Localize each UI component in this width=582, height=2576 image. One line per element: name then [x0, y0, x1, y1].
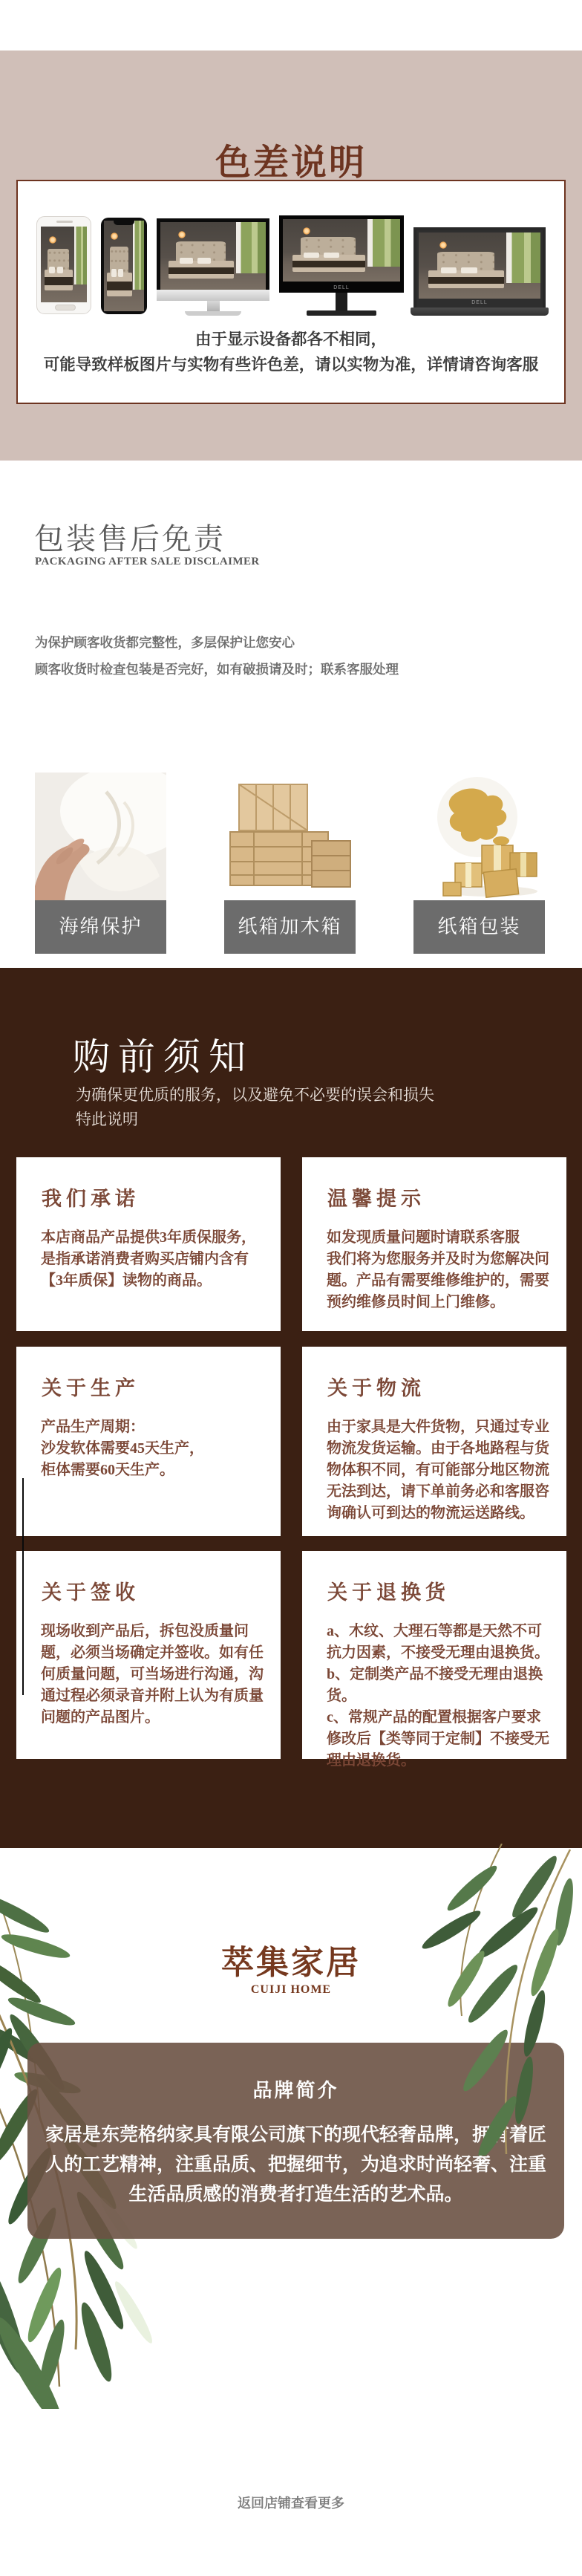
notice-box-tips: 温馨提示 如发现质量问题时请联系客服 我们将为您服务并及时为您解决问题。产品有需…: [302, 1157, 566, 1331]
color-note-line1: 由于显示设备都各不相同，: [18, 327, 564, 350]
notice-box-body: 由于家具是大件货物，只通过专业物流发货运输。由于各地路程与货物体积不同，有可能部…: [327, 1417, 552, 1524]
bedroom-photo: [419, 232, 540, 299]
imac-mockup: [157, 218, 269, 316]
carton-packaging-photo: [413, 773, 545, 900]
notice-box-title: 关于签收: [42, 1576, 281, 1605]
notice-sub-line1: 为确保更优质的服务，以及避免不必要的误会和损失: [76, 1083, 434, 1105]
pre-purchase-notice-section: 购前须知 为确保更优质的服务，以及避免不必要的误会和损失 特此说明 我们承诺 本…: [0, 968, 582, 1848]
iphone-mockup: [101, 218, 147, 314]
notice-box-title: 关于退换货: [327, 1576, 566, 1605]
notice-box-logistics: 关于物流 由于家具是大件货物，只通过专业物流发货运输。由于各地路程与货物体积不同…: [302, 1347, 566, 1536]
notice-box-title: 关于生产: [42, 1372, 281, 1401]
section-title: 色差说明: [0, 134, 582, 185]
packaging-card-crate: 纸箱加木箱: [224, 773, 356, 954]
section-title: 包装售后免责: [34, 515, 226, 558]
carton-wooden-crate-photo: [224, 773, 356, 900]
notice-sub-line2: 特此说明: [76, 1108, 138, 1130]
notice-box-returns: 关于退换货 a、木纹、大理石等都是天然不可抗力因素，不接受无理由退换货。 b、定…: [302, 1551, 566, 1759]
olive-leaves-top-right: [347, 1844, 582, 2156]
color-aberration-section: 色差说明 CHROMATIC ABERRATION PROBLEM: [0, 51, 582, 461]
android-phone-mockup: [36, 216, 91, 314]
dell-logo: DELL: [279, 285, 404, 290]
color-note-line2: 可能导致样板图片与实物有些许色差，请以实物为准，详情请咨询客服: [18, 352, 564, 375]
device-row: DELL DELL: [18, 215, 564, 316]
notice-box-production: 关于生产 产品生产周期： 沙发软体需要45天生产， 柜体需要60天生产。: [16, 1347, 281, 1536]
notice-box-title: 关于物流: [327, 1372, 566, 1401]
brand-section: 萃集家居 CUIJI HOME 品牌简介 家居是东莞格纳家具有限公司旗下的现代轻…: [0, 1848, 582, 2576]
bedroom-photo: [283, 219, 400, 282]
apple-logo-icon: [157, 290, 269, 301]
photo-caption: 纸箱加木箱: [224, 900, 356, 954]
notice-box-body: 产品生产周期： 沙发软体需要45天生产， 柜体需要60天生产。: [41, 1417, 266, 1481]
packaging-card-carton: 纸箱包装: [413, 773, 545, 954]
notice-box-receipt: 关于签收 现场收到产品后，拆包没质量问题，必须当场确定并签收。如有任何质量问题，…: [16, 1551, 281, 1759]
vertical-line-artifact: [22, 1478, 24, 1695]
photo-caption: 纸箱包装: [413, 900, 545, 954]
packaging-card-sponge: 海绵保护: [35, 773, 166, 954]
packaging-intro-line1: 为保护顾客收货都完整性，多层保护让您安心: [35, 633, 295, 651]
notice-box-body: 本店商品产品提供3年质保服务，是指承诺消费者购买店铺内含有【3年质保】读物的商品…: [41, 1227, 266, 1292]
back-to-shop-link[interactable]: 返回店铺查看更多: [0, 2493, 582, 2512]
packaging-disclaimer-section: 包装售后免责 PACKAGING AFTER SALE DISCLAIMER 为…: [0, 461, 582, 968]
dell-monitor-mockup: DELL: [279, 215, 404, 316]
sponge-protection-photo: [35, 773, 166, 900]
dell-logo: DELL: [416, 300, 543, 305]
product-detail-page: 色差说明 CHROMATIC ABERRATION PROBLEM: [0, 0, 582, 2576]
bedroom-photo: [104, 221, 144, 311]
packaging-intro-line2: 顾客收货时检查包装是否完好，如有破损请及时；联系客服处理: [35, 660, 399, 678]
section-title: 购前须知: [73, 1027, 254, 1081]
brand-title: 萃集家居: [0, 1936, 582, 1983]
bedroom-photo: [160, 222, 266, 290]
photo-caption: 海绵保护: [35, 900, 166, 954]
section-subtitle-en: PACKAGING AFTER SALE DISCLAIMER: [35, 556, 260, 568]
notice-box-promise: 我们承诺 本店商品产品提供3年质保服务，是指承诺消费者购买店铺内含有【3年质保】…: [16, 1157, 281, 1331]
devices-panel: DELL DELL: [16, 180, 566, 404]
notice-box-title: 我们承诺: [42, 1183, 281, 1211]
dell-laptop-mockup: DELL: [413, 227, 546, 316]
notice-box-body: a、木纹、大理石等都是天然不可抗力因素，不接受无理由退换货。 b、定制类产品不接…: [327, 1621, 552, 1772]
brand-subtitle-en: CUIJI HOME: [0, 1983, 582, 1997]
notice-box-body: 现场收到产品后，拆包没质量问题，必须当场确定并签收。如有任何质量问题，可当场进行…: [41, 1621, 266, 1728]
bedroom-photo: [41, 227, 87, 302]
notice-box-body: 如发现质量问题时请联系客服 我们将为您服务并及时为您解决问题。产品有需要维修维护…: [327, 1227, 552, 1313]
notice-box-title: 温馨提示: [327, 1183, 566, 1211]
